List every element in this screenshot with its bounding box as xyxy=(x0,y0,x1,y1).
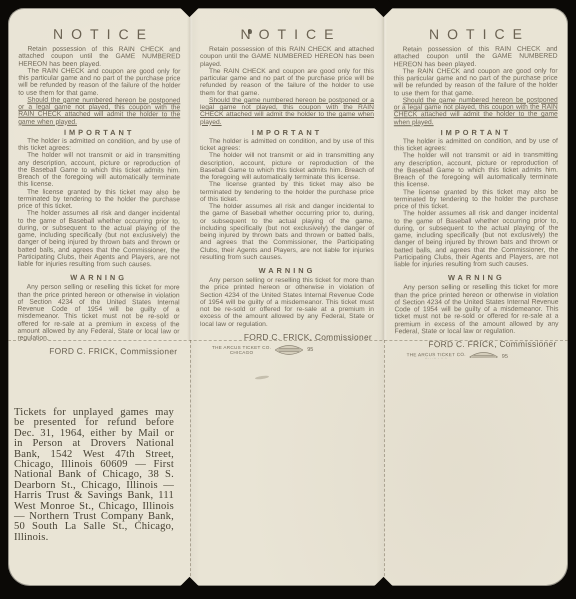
printer-imprint: THE ARCUS TICKET CO. CHICAGO 95 xyxy=(212,345,374,355)
union-bug-number: 95 xyxy=(307,347,313,353)
ink-speck xyxy=(248,29,252,34)
notice-paragraph-2: The RAIN CHECK and coupon are good only … xyxy=(200,68,374,97)
notice-paragraph-6: The license granted by this ticket may a… xyxy=(394,188,558,210)
notice-paragraph-7: The holder assumes all risk and danger i… xyxy=(18,210,180,269)
notice-paragraph-3: Should the game numbered hereon be postp… xyxy=(394,96,558,126)
warning-heading: WARNING xyxy=(18,273,180,283)
notice-paragraph-4: The holder is admitted on condition, and… xyxy=(394,137,558,152)
notice-paragraph-2: The RAIN CHECK and coupon are good only … xyxy=(18,67,180,97)
notice-paragraph-8: Any person selling or reselling this tic… xyxy=(394,284,558,335)
notice-paragraph-5: The holder will not transmit or aid in t… xyxy=(394,152,558,189)
printer-city: CHICAGO xyxy=(407,357,466,358)
photo-background: NOTICE Retain possession of this RAIN CH… xyxy=(0,0,576,599)
perforation-line-vertical-2 xyxy=(384,340,385,586)
notice-paragraph-4: The holder is admitted on condition, and… xyxy=(200,138,374,153)
notice-heading: NOTICE xyxy=(200,26,374,42)
notice-heading: NOTICE xyxy=(393,26,557,43)
warning-heading: WARNING xyxy=(394,273,558,283)
notice-paragraph-1: Retain possession of this RAIN CHECK and… xyxy=(200,46,374,68)
notice-paragraph-7: The holder assumes all risk and danger i… xyxy=(394,210,558,269)
union-bug-icon xyxy=(275,345,303,355)
notice-paragraph-3: Should the game numbered hereon be postp… xyxy=(200,97,374,126)
perforation-line-horizontal xyxy=(8,340,568,341)
notice-paragraph-8: Any person selling or reselling this tic… xyxy=(17,284,179,343)
notice-paragraph-8: Any person selling or reselling this tic… xyxy=(200,277,374,328)
notice-paragraph-1: Retain possession of this RAIN CHECK and… xyxy=(394,46,558,68)
notice-block: NOTICE Retain possession of this RAIN CH… xyxy=(383,8,568,359)
rain-check-ticket-2: NOTICE Retain possession of this RAIN CH… xyxy=(190,8,384,586)
union-bug-icon xyxy=(470,352,498,358)
notice-block: NOTICE Retain possession of this RAIN CH… xyxy=(190,8,384,358)
commissioner-signature: FORD C. FRICK, Commissioner xyxy=(17,346,177,357)
important-heading: IMPORTANT xyxy=(18,127,180,137)
rain-check-ticket-strip: NOTICE Retain possession of this RAIN CH… xyxy=(8,8,568,586)
union-bug-number: 95 xyxy=(502,354,508,358)
printer-imprint: THE ARCUS TICKET CO. CHICAGO 95 xyxy=(407,352,559,359)
printer-city: CHICAGO xyxy=(212,350,271,355)
rain-check-ticket-1: NOTICE Retain possession of this RAIN CH… xyxy=(8,8,190,586)
perforation-line-vertical-1 xyxy=(190,340,191,586)
notice-block: NOTICE Retain possession of this RAIN CH… xyxy=(7,8,190,359)
notice-heading: NOTICE xyxy=(18,26,180,43)
notice-paragraph-2: The RAIN CHECK and coupon are good only … xyxy=(394,67,558,97)
important-heading: IMPORTANT xyxy=(200,128,374,137)
warning-heading: WARNING xyxy=(200,266,374,275)
notice-paragraph-5: The holder will not transmit or aid in t… xyxy=(200,152,374,181)
notice-paragraph-1: Retain possession of this RAIN CHECK and… xyxy=(18,46,180,68)
notice-paragraph-5: The holder will not transmit or aid in t… xyxy=(18,152,180,189)
notice-paragraph-4: The holder is admitted on condition, and… xyxy=(18,137,180,152)
notice-paragraph-3: Should the game numbered hereon be postp… xyxy=(18,96,180,126)
important-heading: IMPORTANT xyxy=(394,127,558,137)
notice-paragraph-6: The license granted by this ticket may a… xyxy=(200,181,374,203)
notice-paragraph-7: The holder assumes all risk and danger i… xyxy=(200,203,374,261)
rain-check-ticket-3: NOTICE Retain possession of this RAIN CH… xyxy=(384,8,568,586)
refund-stamp-text: Tickets for unplayed games may be presen… xyxy=(14,408,174,543)
notice-paragraph-6: The license granted by this ticket may a… xyxy=(18,188,180,210)
